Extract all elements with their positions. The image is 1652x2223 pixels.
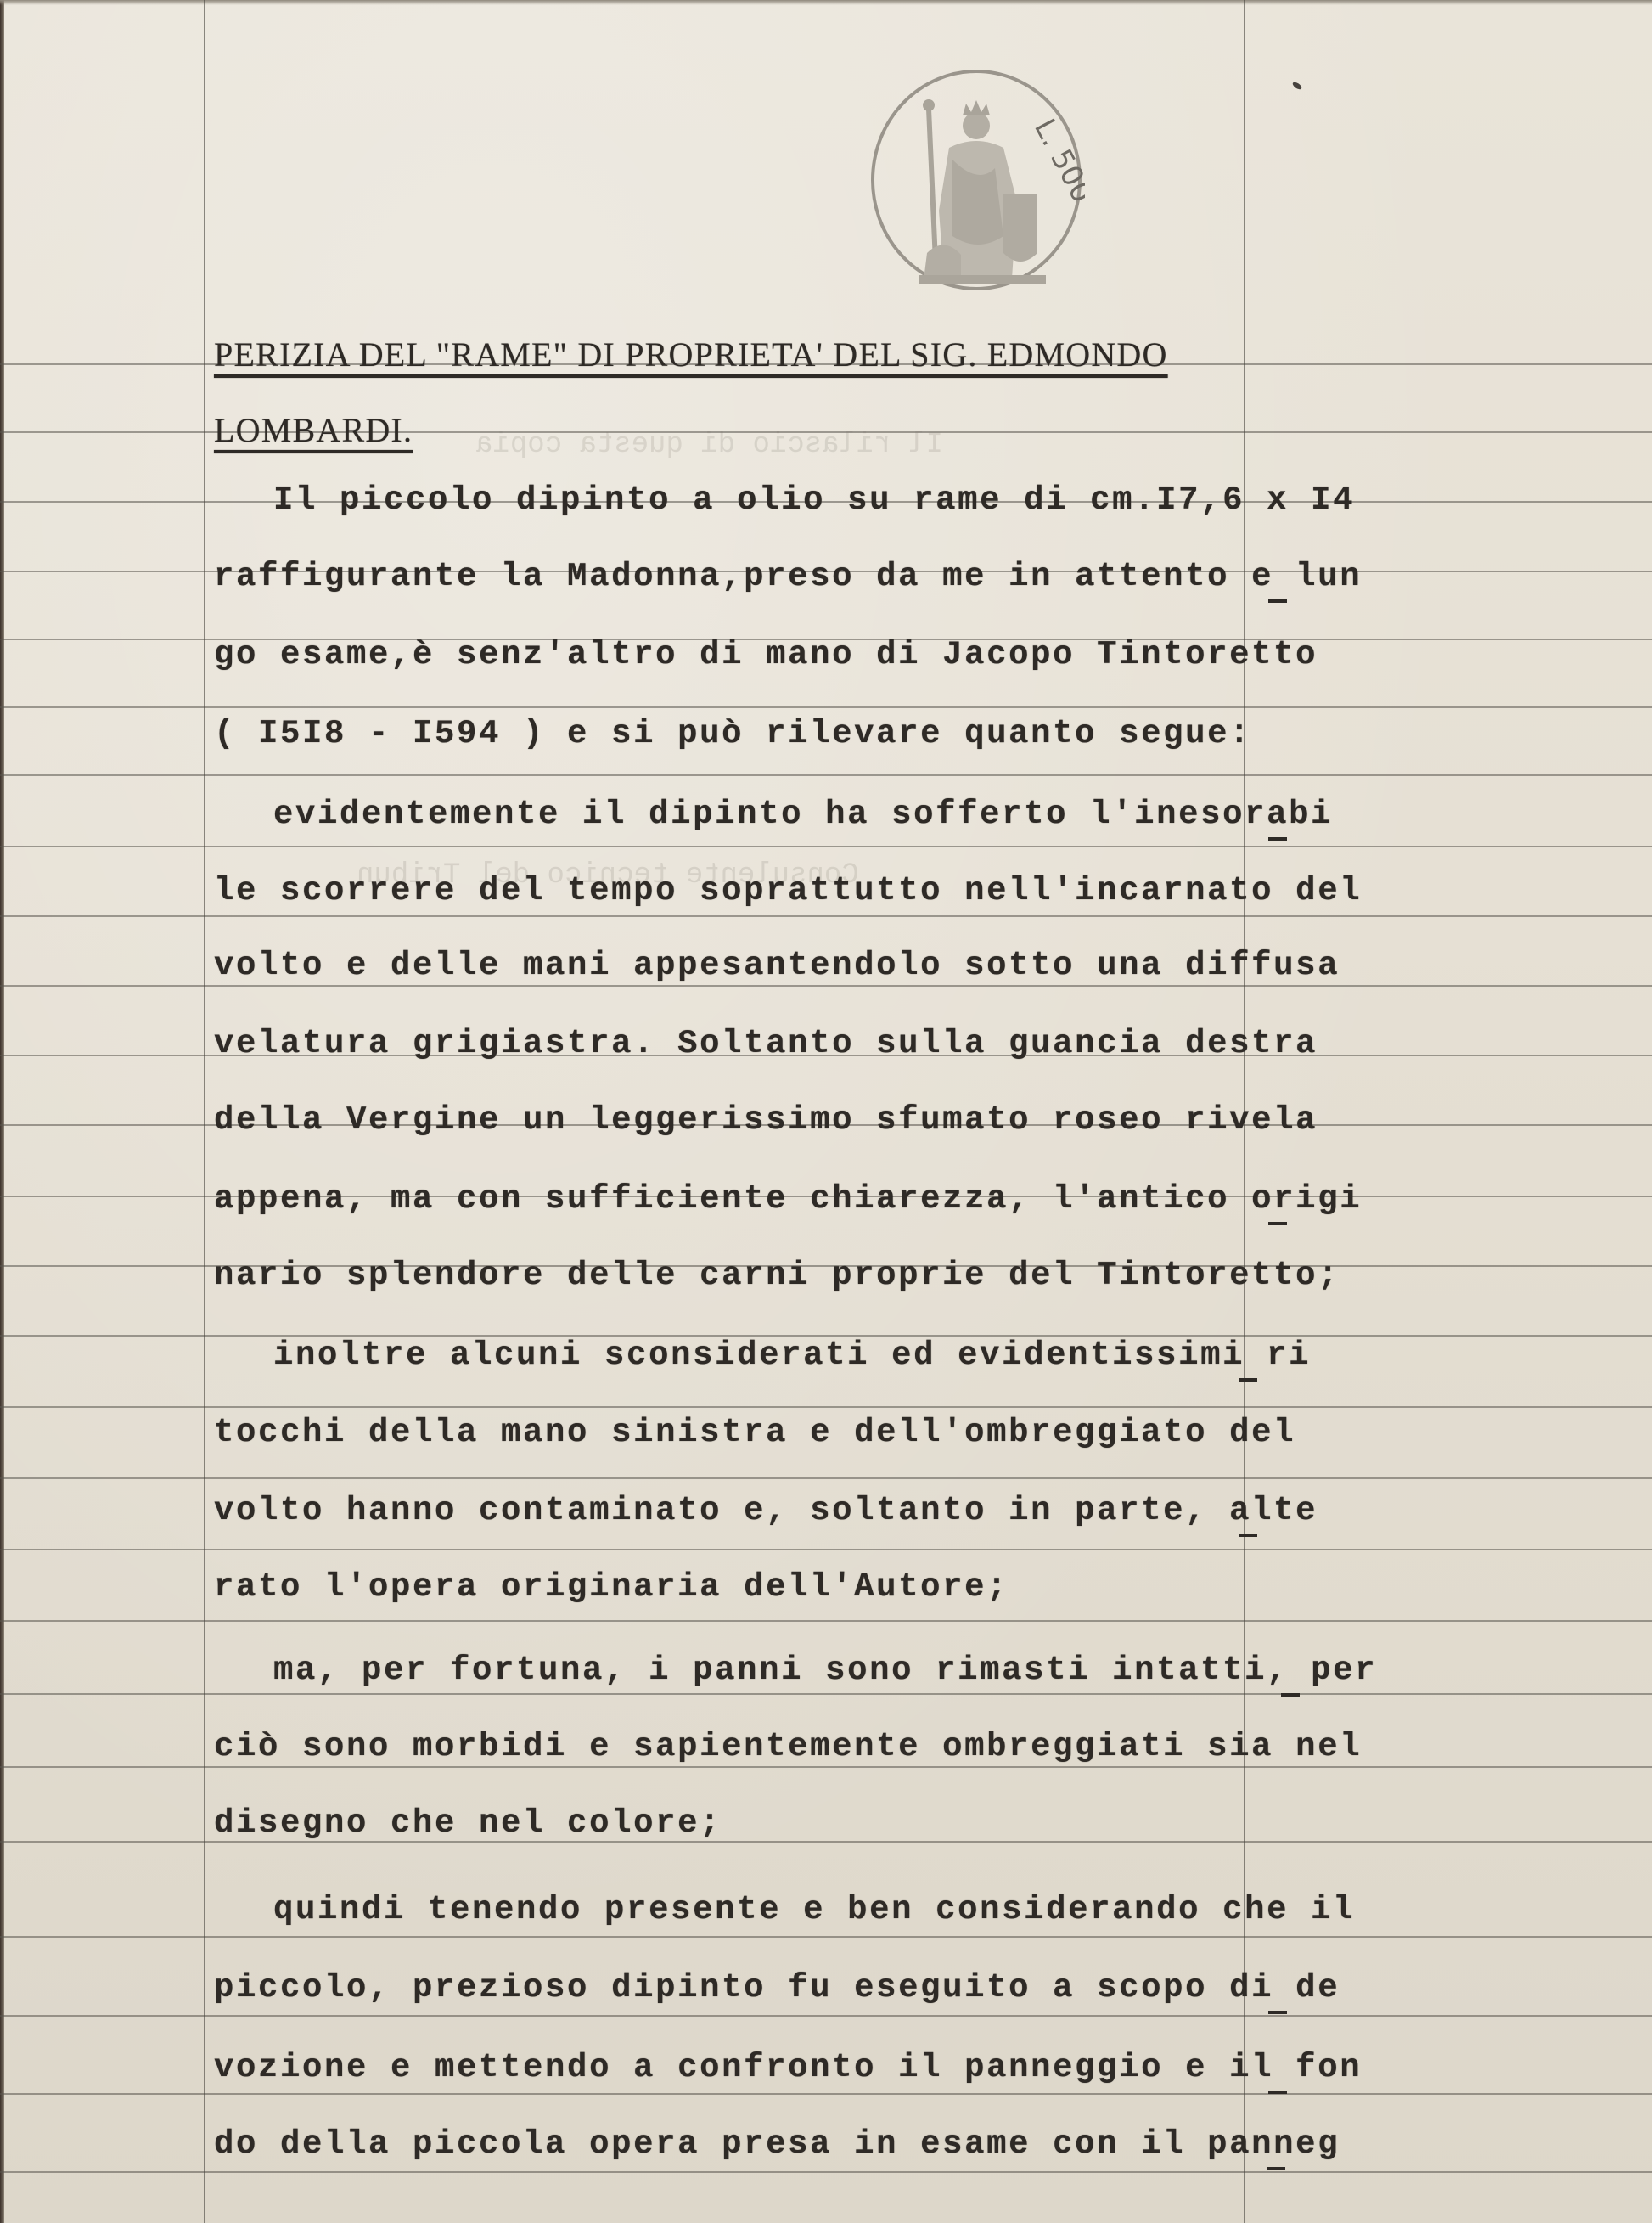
ruled-line [0, 1406, 1652, 1408]
body-text-line: evidentemente il dipinto ha sofferto l'i… [273, 798, 1333, 831]
body-text-line: do della piccola opera presa in esame co… [214, 2128, 1340, 2161]
ruled-line [0, 774, 1652, 776]
ruled-line [0, 846, 1652, 847]
body-text-line: vozione e mettendo a confronto il panneg… [214, 2051, 1362, 2085]
line-break-hyphen [1268, 1222, 1287, 1225]
line-break-hyphen [1268, 599, 1287, 603]
ruled-line [0, 2093, 1652, 2095]
body-text-line: della Vergine un leggerissimo sfumato ro… [214, 1104, 1318, 1137]
line-break-hyphen [1268, 2011, 1287, 2014]
line-break-hyphen [1239, 1534, 1257, 1537]
line-break-hyphen [1281, 1693, 1300, 1697]
body-text-line: raffigurante la Madonna,preso da me in a… [214, 560, 1362, 594]
document-title-continued: LOMBARDI. [214, 414, 413, 447]
ruled-line [0, 1766, 1652, 1768]
revenue-stamp: L. 500 [868, 66, 1085, 294]
body-text-line: ma, per fortuna, i panni sono rimasti in… [273, 1654, 1377, 1687]
ruled-line [0, 2015, 1652, 2017]
body-text-line: rato l'opera originaria dell'Autore; [214, 1571, 1009, 1604]
ruled-line [0, 2171, 1652, 2173]
body-text-line: inoltre alcuni sconsiderati ed evidentis… [273, 1339, 1311, 1372]
ruled-line [0, 1620, 1652, 1622]
body-text-line: le scorrere del tempo soprattutto nell'i… [214, 875, 1362, 908]
body-text-line: tocchi della mano sinistra e dell'ombreg… [214, 1416, 1295, 1449]
show-through-text: Il rilascio di questa copia [475, 429, 943, 461]
body-text-line: piccolo, prezioso dipinto fu eseguito a … [214, 1972, 1340, 2005]
document-title: PERIZIA DEL "RAME" DI PROPRIETA' DEL SIG… [214, 338, 1168, 372]
ruled-line [0, 915, 1652, 917]
ruled-line [0, 1549, 1652, 1550]
page-edge-shadow [0, 0, 4, 2223]
body-text-line: ( I5I8 - I594 ) e si può rilevare quanto… [214, 718, 1251, 751]
paper-sheet: L. 500 Il rilascio di questa copia Consu… [0, 0, 1652, 2223]
body-text-line: volto e delle mani appesantendolo sotto … [214, 949, 1340, 982]
body-text-line: ciò sono morbidi e sapientemente ombregg… [214, 1731, 1362, 1764]
line-break-hyphen [1268, 2091, 1287, 2094]
revenue-stamp-figure-icon: L. 500 [868, 66, 1085, 294]
ruled-line [0, 985, 1652, 987]
body-text-line: volto hanno contaminato e, soltanto in p… [214, 1494, 1318, 1528]
ruled-line [0, 1936, 1652, 1938]
body-text-line: go esame,è senz'altro di mano di Jacopo … [214, 639, 1318, 672]
ruled-line [0, 1477, 1652, 1479]
body-text-line: velatura grigiastra. Soltanto sulla guan… [214, 1027, 1318, 1061]
body-text-line: Il piccolo dipinto a olio su rame di cm.… [273, 484, 1355, 517]
left-margin-line [204, 0, 205, 2223]
body-text-line: disegno che nel colore; [214, 1807, 722, 1840]
ruled-line [0, 706, 1652, 708]
ink-smudge [1291, 81, 1302, 91]
body-text-line: quindi tenendo presente e ben consideran… [273, 1894, 1355, 1927]
line-break-hyphen [1239, 1378, 1257, 1382]
page-top-edge [0, 0, 1652, 5]
line-break-hyphen [1268, 837, 1287, 841]
ruled-line [0, 1693, 1652, 1695]
line-break-hyphen [1267, 2167, 1285, 2170]
body-text-line: nario splendore delle carni proprie del … [214, 1259, 1340, 1292]
body-text-line: appena, ma con sufficiente chiarezza, l'… [214, 1183, 1362, 1216]
